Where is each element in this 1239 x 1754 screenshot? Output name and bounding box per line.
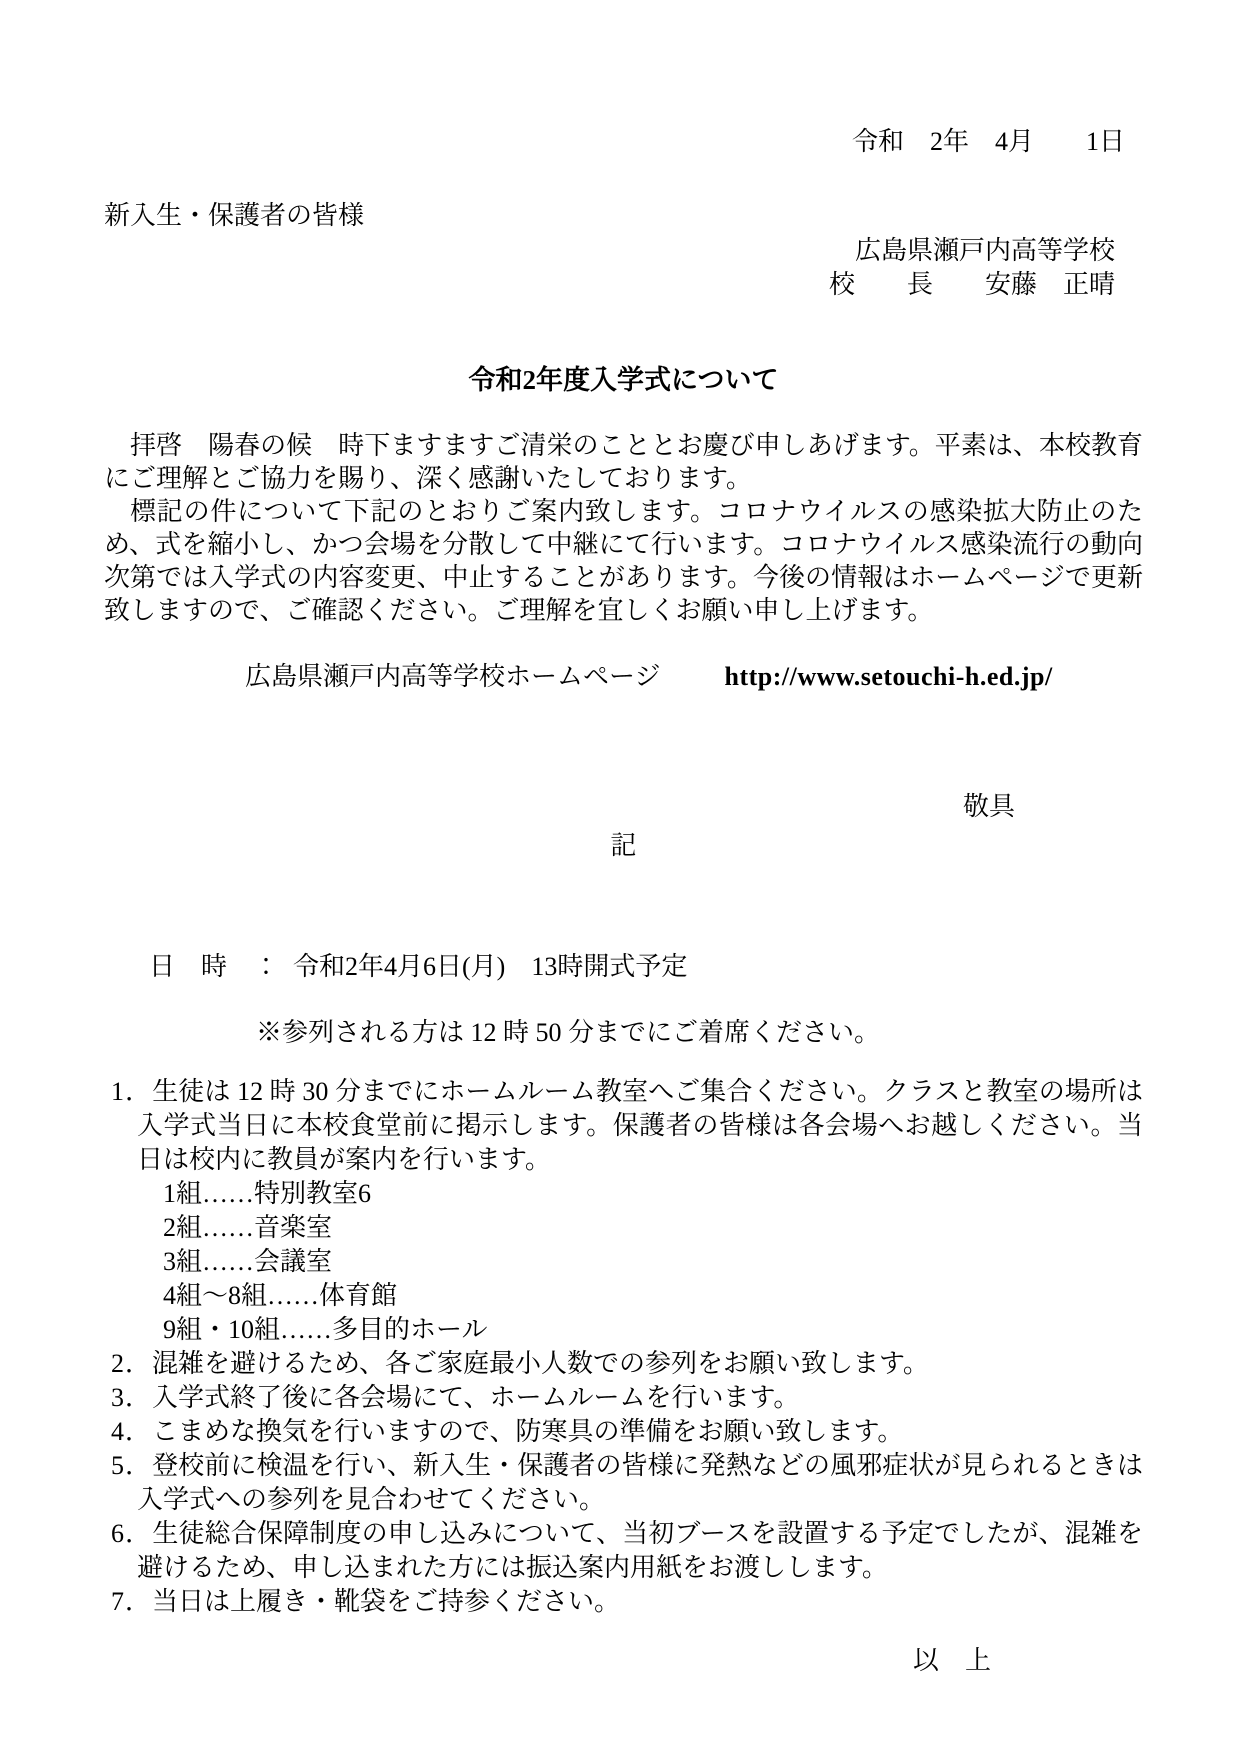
datetime-line: 日 時 ：令和2年4月6日(月) 13時開式予定 <box>110 917 1143 1016</box>
document-title: 令和2年度入学式について <box>104 364 1143 397</box>
class-venue-item: 3組……会議室 <box>163 1245 1143 1279</box>
list-item: 1．生徒は 12 時 30 分までにホームルーム教室へご集合ください。クラスと教… <box>104 1075 1143 1177</box>
item-text: 生徒は 12 時 30 分までにホームルーム教室へご集合ください。クラスと教室の… <box>137 1077 1143 1174</box>
main-paragraph: 標記の件について下記のとおりご案内致します。コロナウイルスの感染拡大防止のため、… <box>104 495 1143 627</box>
numbered-list: 1．生徒は 12 時 30 分までにホームルーム教室へご集合ください。クラスと教… <box>104 1075 1143 1619</box>
class-venue-item: 4組～8組……体育館 <box>163 1279 1143 1313</box>
item-text: 登校前に検温を行い、新入生・保護者の皆様に発熱などの風邪症状が見られるときは入学… <box>137 1451 1143 1514</box>
item-number: 5． <box>111 1451 152 1480</box>
closing-word: 敬具 <box>104 790 1143 823</box>
list-item: 7．当日は上履き・靴袋をご持参ください。 <box>104 1585 1143 1619</box>
document-date: 令和 2年 4月 1日 <box>104 125 1143 158</box>
item-text: こまめな換気を行いますので、防寒具の準備をお願い致します。 <box>152 1417 903 1446</box>
sender-principal: 校 長 安藤 正晴 <box>104 268 1115 302</box>
list-item: 4．こまめな換気を行いますので、防寒具の準備をお願い致します。 <box>104 1415 1143 1449</box>
list-item: 6．生徒総合保障制度の申し込みについて、当初ブースを設置する予定でしたが、混雑を… <box>104 1517 1143 1585</box>
item-number: 2． <box>111 1349 152 1378</box>
homepage-label: 広島県瀬戸内高等学校ホームページ <box>245 662 660 691</box>
addressee: 新入生・保護者の皆様 <box>104 199 1143 232</box>
homepage-line: 広島県瀬戸内高等学校ホームページhttp://www.setouchi-h.ed… <box>104 627 1143 726</box>
item-text: 入学式終了後に各会場にて、ホームルームを行います。 <box>152 1383 799 1412</box>
class-venue-list: 1組……特別教室62組……音楽室3組……会議室4組～8組……体育館9組・10組…… <box>163 1177 1143 1347</box>
end-marker: 以 上 <box>104 1644 1143 1677</box>
class-venue-item: 1組……特別教室6 <box>163 1177 1143 1211</box>
item-number: 7． <box>111 1587 152 1616</box>
body-text: 拝啓 陽春の候 時下ますますご清栄のこととお慶び申しあげます。平素は、本校教育に… <box>104 429 1143 726</box>
datetime-value: 令和2年4月6日(月) 13時開式予定 <box>293 952 687 981</box>
datetime-label: 日 時 ： <box>149 952 279 981</box>
item-text: 混雑を避けるため、各ご家庭最小人数での参列をお願い致します。 <box>152 1349 929 1378</box>
class-venue-item: 2組……音楽室 <box>163 1211 1143 1245</box>
datetime-note: ※参列される方は 12 時 50 分までにご着席ください。 <box>110 1016 1143 1049</box>
record-marker: 記 <box>104 829 1143 862</box>
list-item: 2．混雑を避けるため、各ご家庭最小人数での参列をお願い致します。 <box>104 1347 1143 1381</box>
datetime-block: 日 時 ：令和2年4月6日(月) 13時開式予定 ※参列される方は 12 時 5… <box>104 917 1143 1049</box>
class-venue-item: 9組・10組……多目的ホール <box>163 1313 1143 1347</box>
sender-school: 広島県瀬戸内高等学校 <box>104 234 1115 268</box>
document-page: 令和 2年 4月 1日 新入生・保護者の皆様 広島県瀬戸内高等学校 校 長 安藤… <box>0 0 1239 1754</box>
item-number: 3． <box>111 1383 152 1412</box>
item-number: 6． <box>111 1519 152 1548</box>
item-text: 生徒総合保障制度の申し込みについて、当初ブースを設置する予定でしたが、混雑を避け… <box>137 1519 1143 1582</box>
item-text: 当日は上履き・靴袋をご持参ください。 <box>152 1587 620 1616</box>
sender-block: 広島県瀬戸内高等学校 校 長 安藤 正晴 <box>104 234 1143 302</box>
item-number: 1． <box>111 1077 152 1106</box>
list-item: 3．入学式終了後に各会場にて、ホームルームを行います。 <box>104 1381 1143 1415</box>
item-number: 4． <box>111 1417 152 1446</box>
homepage-url: http://www.setouchi-h.ed.jp/ <box>724 662 1052 691</box>
greeting-paragraph: 拝啓 陽春の候 時下ますますご清栄のこととお慶び申しあげます。平素は、本校教育に… <box>104 429 1143 495</box>
list-item: 5．登校前に検温を行い、新入生・保護者の皆様に発熱などの風邪症状が見られるときは… <box>104 1449 1143 1517</box>
